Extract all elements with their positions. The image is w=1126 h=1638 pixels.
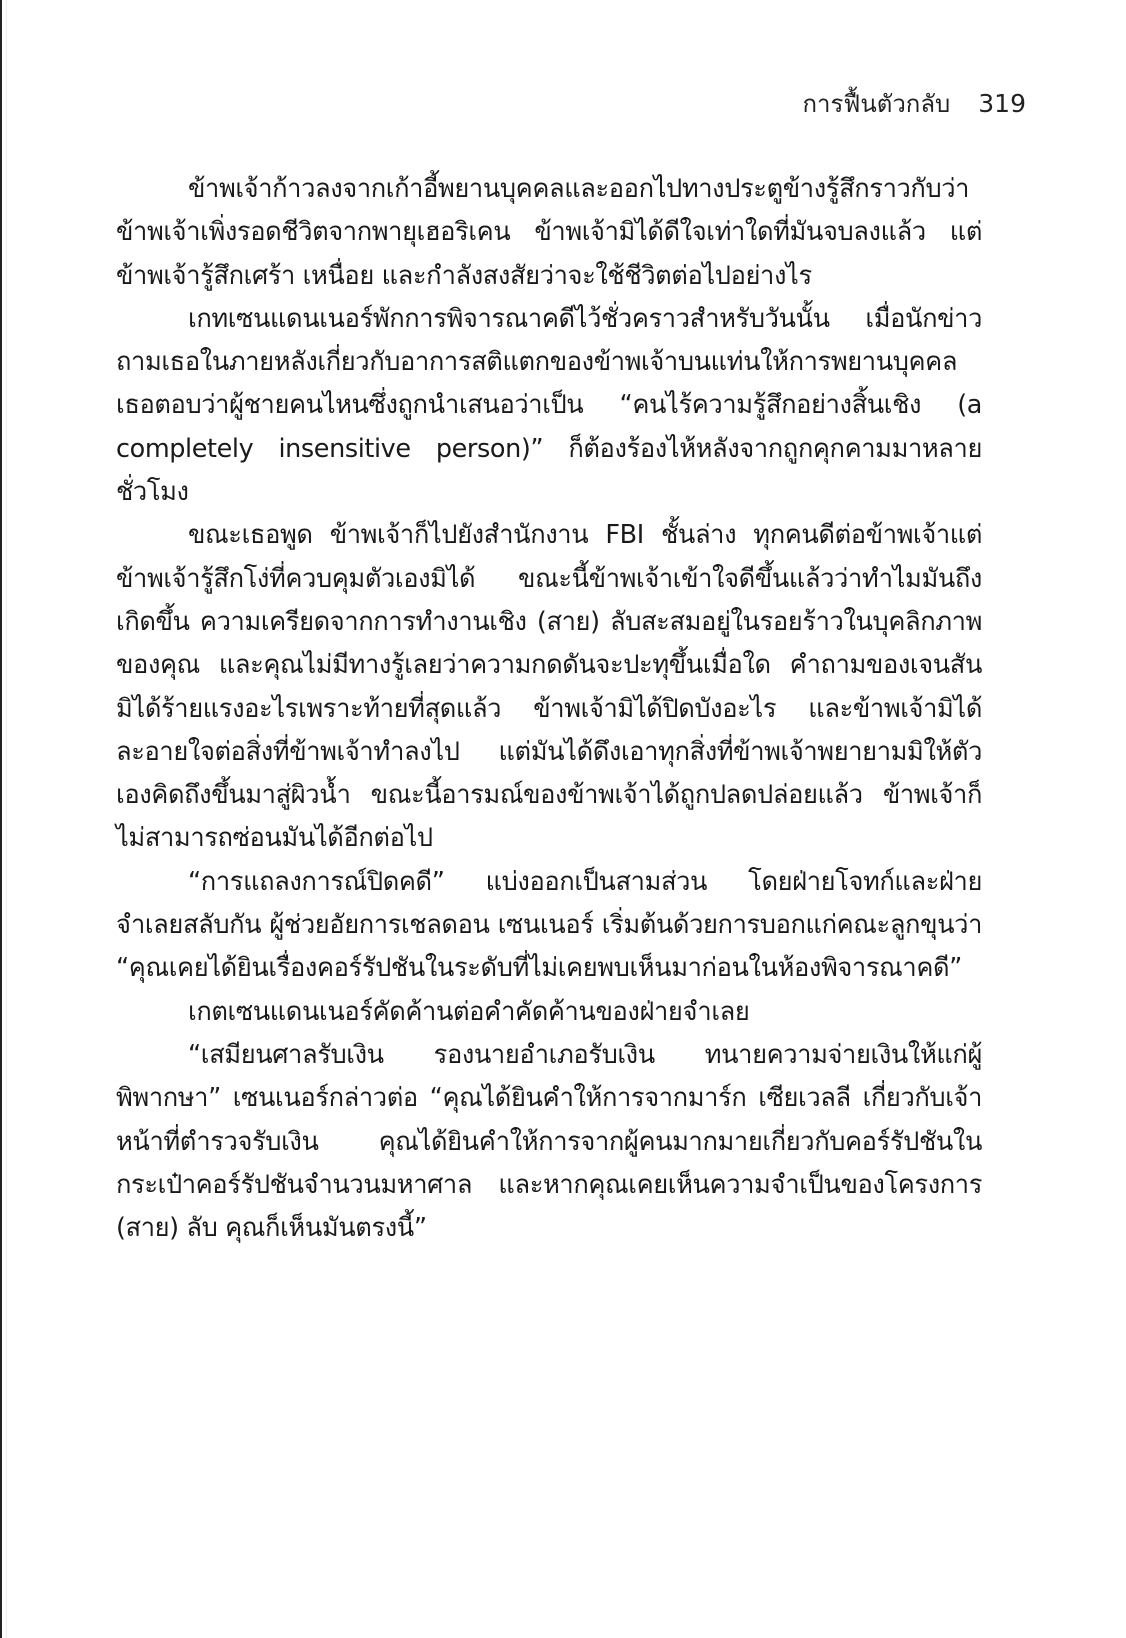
page-number: 319 bbox=[978, 89, 1026, 118]
paragraph-3: ขณะเธอพูด ข้าพเจ้าก็ไปยังสำนักงาน FBI ชั… bbox=[116, 514, 982, 860]
page-edge-shadow bbox=[6, 0, 7, 1638]
body-text: ข้าพเจ้าก้าวลงจากเก้าอี้พยานบุคคลและออกไ… bbox=[116, 168, 982, 1250]
paragraph-2: เกทเซนแดนเนอร์พักการพิจารณาคดีไว้ชั่วครา… bbox=[116, 298, 982, 514]
paragraph-4: “การแถลงการณ์ปิดคดี” แบ่งออกเป็นสามส่วน … bbox=[116, 861, 982, 991]
running-header: การฟื้นตัวกลับ 319 bbox=[802, 84, 1026, 123]
page-edge bbox=[0, 0, 2, 1638]
paragraph-1: ข้าพเจ้าก้าวลงจากเก้าอี้พยานบุคคลและออกไ… bbox=[116, 168, 982, 298]
paragraph-5: เกตเซนแดนเนอร์คัดค้านต่อคำคัดค้านของฝ่าย… bbox=[116, 991, 982, 1034]
paragraph-6: “เสมียนศาลรับเงิน รองนายอำเภอรับเงิน ทนา… bbox=[116, 1034, 982, 1250]
chapter-title: การฟื้นตัวกลับ bbox=[802, 84, 950, 123]
